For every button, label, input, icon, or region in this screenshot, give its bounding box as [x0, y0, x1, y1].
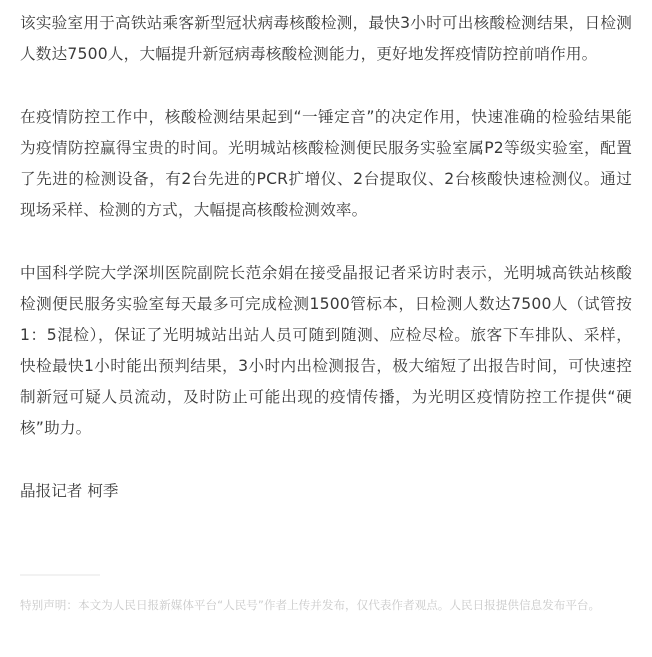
article-body: 该实验室用于高铁站乘客新型冠状病毒核酸检测，最快3小时可出核酸检测结果，日检测人… [0, 0, 652, 507]
footer-divider [20, 574, 100, 576]
reporter-byline: 晶报记者 柯季 [20, 476, 632, 507]
article-paragraph-3: 中国科学院大学深圳医院副院长范余娟在接受晶报记者采访时表示，光明城高铁站核酸检测… [20, 258, 632, 444]
article-paragraph-2: 在疫情防控工作中，核酸检测结果起到“一锤定音”的决定作用，快速准确的检验结果能为… [20, 102, 632, 226]
article-paragraph-1: 该实验室用于高铁站乘客新型冠状病毒核酸检测，最快3小时可出核酸检测结果，日检测人… [20, 8, 632, 70]
disclaimer-text: 特别声明：本文为人民日报新媒体平台“人民号”作者上传并发布，仅代表作者观点。人民… [20, 591, 620, 619]
